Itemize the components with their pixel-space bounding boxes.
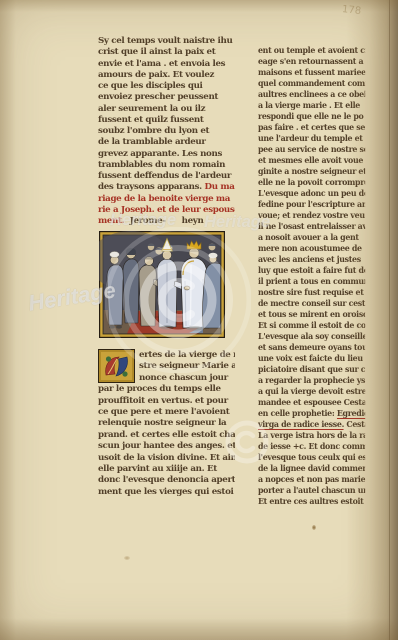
manuscript-text-line: avec les anciens et justes [258, 254, 365, 265]
manuscript-text-line: par le proces du temps elle [98, 384, 235, 395]
underlined-latin-quote: Egredietur [337, 408, 365, 419]
manuscript-text-line: a la vierge marie . Et elle [258, 100, 365, 111]
text-segment: envoiez prescher peussent [98, 92, 218, 102]
text-segment: de iesse +c. Et donc commanda [258, 441, 365, 451]
manuscript-text-line: mere non acoustumee de [258, 243, 365, 254]
text-segment: luy que estoit a faire fut de [258, 265, 365, 275]
manuscript-text-line: voue; et rendez vostre veu [258, 210, 365, 221]
manuscript-text-line: soubz l'ombre du lyon et [98, 126, 235, 137]
text-segment: ertes de la vierge de no [139, 350, 235, 360]
parchment-stain [312, 525, 316, 530]
text-segment: quel commandement comme [258, 78, 365, 88]
text-segment: ent ou temple et avoient cria [258, 45, 365, 55]
manuscript-text-line: ment. Jerome- heyn [98, 216, 235, 227]
text-segment: ce que pere et mere l'avoient [98, 407, 229, 417]
text-segment: Sy cel temps voult naistre ihu [98, 36, 232, 46]
manuscript-text-line: elle ne la povoit corrompre [258, 177, 365, 188]
text-segment: Cestad [344, 419, 365, 429]
text-segment: l'evesque tous ceulx qui est [258, 452, 365, 462]
manuscript-text-line: Et si comme il estoit de conseil [258, 320, 365, 331]
text-segment: fussent deffendus de l'ardeur [98, 171, 231, 181]
text-segment: prand. et certes elle estoit cha [98, 430, 235, 440]
manuscript-text-line: pee au service de nostre sei [258, 144, 365, 155]
text-segment: rie a Joseph. et de leur espouse [98, 205, 235, 215]
text-segment: usoit de la vision divine. Et ainsi [98, 453, 235, 463]
manuscript-text-line: tramblables du nom romain [98, 160, 235, 171]
text-segment: relenquie nostre seigneur la [98, 418, 226, 428]
text-segment: une voix est faicte du lieu [258, 353, 363, 363]
text-segment: elle parvint au xiiije an. Et [98, 464, 217, 474]
manuscript-text-line: de la tramblable ardeur [98, 137, 235, 148]
manuscript-text-line: luy que estoit a faire fut de [258, 265, 365, 276]
manuscript-text-line: donc l'evesque denoncia aperte [98, 475, 235, 486]
left-column-lower-text: ertes de la vierge de nostre seigneur Ma… [98, 350, 235, 498]
text-segment: de la tramblable ardeur [98, 137, 206, 147]
manuscript-text-line: et tous se mirent en oroison [258, 309, 365, 320]
manuscript-text-line: ce que pere et mere l'avoient [98, 407, 235, 418]
text-segment: mandee et espousee Cestassa [258, 397, 365, 407]
text-segment: Jerome- [130, 216, 166, 226]
text-segment: pas faire . et certes que se [258, 122, 365, 132]
manuscript-text-line: il ne l'osast entrelaisser avant [258, 221, 365, 232]
text-segment: a regarder la prophecie ysaie [258, 375, 365, 385]
manuscript-text-line: une l'ardeur du temple et [258, 133, 365, 144]
text-segment: des traysons apparans. [98, 182, 205, 192]
text-segment: avec les anciens et justes [258, 254, 361, 264]
text-segment: fussent et quilz fussent [98, 115, 204, 125]
manuscript-text-line: des traysons apparans. Du ma [98, 182, 235, 193]
folio-number: 178 [341, 4, 361, 17]
manuscript-text-line: ginite a nostre seigneur et [258, 166, 365, 177]
text-segment: et sans demeure oyans tous [258, 342, 365, 352]
text-segment: voue; et rendez vostre veu [258, 210, 365, 220]
manuscript-text-line: scun jour hantee des anges. et [98, 441, 235, 452]
manuscript-text-line: eage s'en retournassent a le [258, 56, 365, 67]
manuscript-text-line: envoiez prescher peussent [98, 92, 235, 103]
manuscript-text-line: maisons et fussent mariees [258, 67, 365, 78]
manuscript-text-line: de la lignee david commencha [258, 463, 365, 474]
manuscript-text-line: l'evesque tous ceulx qui est [258, 452, 365, 463]
text-segment: par le proces du temps elle [98, 384, 221, 394]
manuscript-text-line: aultres enclinees a ce obeir [258, 89, 365, 100]
manuscript-text-line: mandee et espousee Cestassa [258, 397, 365, 408]
manuscript-text-line: crist que il ainst la paix et [98, 47, 235, 58]
right-column-text: ent ou temple et avoient criaeage s'en r… [258, 45, 372, 507]
text-segment: soubz l'ombre du lyon et [98, 126, 209, 136]
text-segment: aler seurement la ou ilz [98, 104, 205, 114]
text-segment: et mesmes elle avoit voue [258, 155, 363, 165]
underlined-latin-quote: virga de radice iesse. [258, 419, 344, 430]
page-edge-shadow [0, 0, 16, 640]
manuscript-text-line: La verge istra hors de la ra [258, 430, 365, 441]
text-segment: Et entre ces aultres estoit un [258, 496, 365, 506]
text-segment: crist que il ainst la paix et [98, 47, 215, 57]
manuscript-text-line: prand. et certes elle estoit cha [98, 430, 235, 441]
manuscript-text-line: en celle prophetie: Egredietur [258, 408, 365, 419]
manuscript-text-line: a nosoit avouer a la gent [258, 232, 365, 243]
manuscript-text-line: a nopces et non pas mariez [258, 474, 365, 485]
text-segment: de la lignee david commencha [258, 463, 365, 473]
text-segment: mere non acoustumee de [258, 243, 362, 253]
manuscript-text-line: fussent et quilz fussent [98, 115, 235, 126]
text-segment: riage de la benoite vierge ma [98, 194, 230, 204]
manuscript-text-line: de iesse +c. Et donc commanda [258, 441, 365, 452]
miniature-illustration [99, 231, 225, 338]
text-segment: aultres enclinees a ce obeir [258, 89, 365, 99]
manuscript-text-line: elle parvint au xiiije an. Et [98, 464, 235, 475]
text-segment: heyn [166, 216, 204, 226]
text-segment: Du ma [205, 182, 235, 192]
text-segment: fedine pour l'escripture an [258, 199, 365, 209]
manuscript-text-line: relenquie nostre seigneur la [98, 418, 235, 429]
text-segment: prouffitoit en vertus. et pour [98, 396, 228, 406]
manuscript-text-line: et sans demeure oyans tous [258, 342, 365, 353]
text-segment: ce que les disciples qui [98, 81, 203, 91]
text-segment: a qui la vierge devoit estre [258, 386, 365, 396]
manuscript-text-line: stre seigneur Marie an [139, 361, 235, 372]
text-segment: ment. [98, 216, 130, 226]
text-segment: maisons et fussent mariees [258, 67, 365, 77]
manuscript-page-photo: Sy cel temps voult naistre ihucrist que … [0, 0, 398, 640]
miniature-scene [99, 231, 225, 338]
page-edge-shadow [0, 0, 398, 12]
manuscript-text-line: rie a Joseph. et de leur espouse [98, 205, 235, 216]
page-edge-line [389, 0, 390, 640]
manuscript-text-line: aler seurement la ou ilz [98, 104, 235, 115]
text-segment: eage s'en retournassent a le [258, 56, 365, 66]
manuscript-text-line: L'evesque ala soy conseiller [258, 331, 365, 342]
manuscript-text-line: nonce chascun jour [139, 373, 235, 384]
manuscript-text-line: de mectre conseil sur ceste [258, 298, 365, 309]
manuscript-text-line: L'evesque adonc un peu de [258, 188, 365, 199]
manuscript-text-line: a qui la vierge devoit estre [258, 386, 365, 397]
manuscript-text-line: a regarder la prophecie ysaie [258, 375, 365, 386]
manuscript-text-line: ent ou temple et avoient cria [258, 45, 365, 56]
text-segment: piciatoire disant que sur ce [258, 364, 365, 374]
manuscript-text-line: amours de paix. Et voulez [98, 70, 235, 81]
text-segment: ment que les vierges qui estoi [98, 487, 233, 497]
manuscript-text-line: ce que les disciples qui [98, 81, 235, 92]
manuscript-text-line: pas faire . et certes que se [258, 122, 365, 133]
manuscript-text-line: Et entre ces aultres estoit un [258, 496, 365, 507]
text-segment: stre seigneur Marie an [139, 361, 235, 371]
manuscript-text-line: fussent deffendus de l'ardeur [98, 171, 235, 182]
manuscript-text-line: quel commandement comme [258, 78, 365, 89]
manuscript-text-line: ment que les vierges qui estoi [98, 487, 235, 498]
text-segment: nonce chascun jour [139, 373, 228, 383]
manuscript-text-line: riage de la benoite vierge ma [98, 194, 235, 205]
text-segment: amours de paix. Et voulez [98, 70, 214, 80]
manuscript-text-line: ertes de la vierge de no [139, 350, 235, 361]
text-segment: La verge istra hors de la ra [258, 430, 365, 440]
parchment-stain [124, 556, 130, 560]
manuscript-text-line: Sy cel temps voult naistre ihu [98, 36, 235, 47]
text-segment: L'evesque adonc un peu de [258, 188, 365, 198]
text-segment: a nosoit avouer a la gent [258, 232, 359, 242]
manuscript-text-line: envie et l'ama . et envoia les [98, 59, 235, 70]
left-column-upper-text: Sy cel temps voult naistre ihucrist que … [98, 36, 235, 227]
manuscript-text-line: porter a l'autel chascun une [258, 485, 365, 496]
text-segment: respondi que elle ne le po [258, 111, 363, 121]
text-segment: a nopces et non pas mariez [258, 474, 365, 484]
text-segment: donc l'evesque denoncia aperte [98, 475, 235, 485]
text-segment: tramblables du nom romain [98, 160, 225, 170]
manuscript-text-line: virga de radice iesse. Cestad [258, 419, 365, 430]
manuscript-text-line: respondi que elle ne le po [258, 111, 365, 122]
text-segment: il prient a tous en commun [258, 276, 365, 286]
text-segment: scun jour hantee des anges. et [98, 441, 235, 451]
manuscript-text-line: usoit de la vision divine. Et ainsi [98, 453, 235, 464]
text-segment: ginite a nostre seigneur et [258, 166, 365, 176]
text-segment: pee au service de nostre sei [258, 144, 365, 154]
manuscript-text-line: piciatoire disant que sur ce [258, 364, 365, 375]
text-segment: en celle prophetie: [258, 408, 337, 418]
text-segment: a la vierge marie . Et elle [258, 100, 360, 110]
text-segment: nostre sire fust requise et [258, 287, 364, 297]
text-segment: il ne l'osast entrelaisser avant [258, 221, 365, 231]
manuscript-text-line: une voix est faicte du lieu [258, 353, 365, 364]
text-segment: Et si comme il estoit de conseil [258, 320, 365, 330]
manuscript-text-line: et mesmes elle avoit voue [258, 155, 365, 166]
text-segment: L'evesque ala soy conseiller [258, 331, 365, 341]
text-segment: porter a l'autel chascun une [258, 485, 365, 495]
text-segment: grevez apparante. Les nons [98, 149, 222, 159]
text-segment: de mectre conseil sur ceste [258, 298, 365, 308]
text-segment: elle ne la povoit corrompre [258, 177, 365, 187]
manuscript-text-line: prouffitoit en vertus. et pour [98, 396, 235, 407]
page-edge-shadow [0, 618, 398, 640]
manuscript-text-line: nostre sire fust requise et [258, 287, 365, 298]
manuscript-text-line: il prient a tous en commun [258, 276, 365, 287]
text-segment: et tous se mirent en oroison [258, 309, 365, 319]
manuscript-text-line: grevez apparante. Les nons [98, 149, 235, 160]
text-segment: envie et l'ama . et envoia les [98, 59, 225, 69]
text-segment: une l'ardeur du temple et [258, 133, 363, 143]
manuscript-text-line: fedine pour l'escripture an [258, 199, 365, 210]
